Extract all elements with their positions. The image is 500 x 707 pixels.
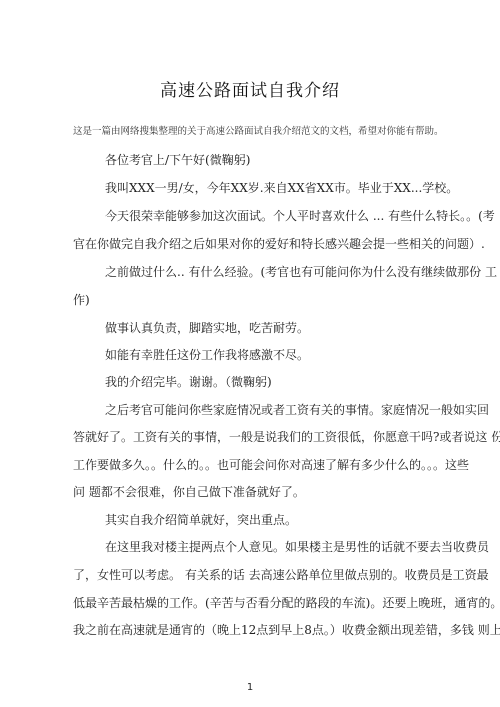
paragraph-line: 了，女性可以考虑。 有关系的话 去高速公路单位里做点别的。收费员是工资最 <box>73 567 435 583</box>
paragraph-line: 问 题都不会很难，你自己做下准备就好了。 <box>73 484 435 500</box>
document-title: 高速公路面试自我介绍 <box>0 76 500 101</box>
paragraph-line: 低最辛苦最枯燥的工作。(辛苦与否看分配的路段的车流)。还要上晚班，通宵的。 <box>73 595 435 611</box>
paragraph-line: 今天很荣幸能够参加这次面试。个人平时喜欢什么 ... 有些什么特长。。(考 <box>105 208 435 224</box>
paragraph-line: 如能有幸胜任这份工作我将感激不尽。 <box>105 347 435 363</box>
paragraph-line: 我叫XXX一男/女，今年XX岁.来自XX省XX市。毕业于XX...学校。 <box>105 180 435 196</box>
paragraph-line: 官在你做完自我介绍之后如果对你的爱好和特长感兴趣会提一些相关的问题）. <box>73 236 435 252</box>
paragraph-line: 其实自我介绍简单就好，突出重点。 <box>105 512 435 528</box>
paragraph-line: 我的介绍完毕。谢谢。（微鞠躬) <box>105 374 435 390</box>
paragraph-line: 我之前在高速就是通宵的（晚上12点到早上8点。）收费金额出现差错，多钱 则上 <box>73 622 435 638</box>
paragraph-line: 做事认真负责，脚踏实地，吃苦耐劳。 <box>105 320 435 336</box>
paragraph-line: 之前做过什么.. 有什么经验。(考官也有可能问你为什么没有继续做那份 工 <box>105 264 435 280</box>
document-page: 高速公路面试自我介绍 这是一篇由网络搜集整理的关于高速公路面试自我介绍范文的文档… <box>0 0 500 707</box>
paragraph-line: 工作要做多久。。什么的。。也可能会问你对高速了解有多少什么的。。。这些 <box>73 457 435 473</box>
paragraph-line: 作) <box>73 292 435 308</box>
page-number: 1 <box>0 682 500 693</box>
document-intro: 这是一篇由网络搜集整理的关于高速公路面试自我介绍范文的文档，希望对你能有帮助。 <box>73 123 443 137</box>
paragraph-line: 各位考官上/下午好(微鞠躬) <box>105 152 435 168</box>
paragraph-line: 在这里我对楼主提两点个人意见。如果楼主是男性的话就不要去当收费员 <box>105 539 435 555</box>
paragraph-line: 之后考官可能问你些家庭情况或者工资有关的事情。家庭情况一般如实回 <box>105 402 435 418</box>
paragraph-line: 答就好了。工资有关的事情，一般是说我们的工资很低，你愿意干吗?或者说这 份 <box>73 429 435 445</box>
